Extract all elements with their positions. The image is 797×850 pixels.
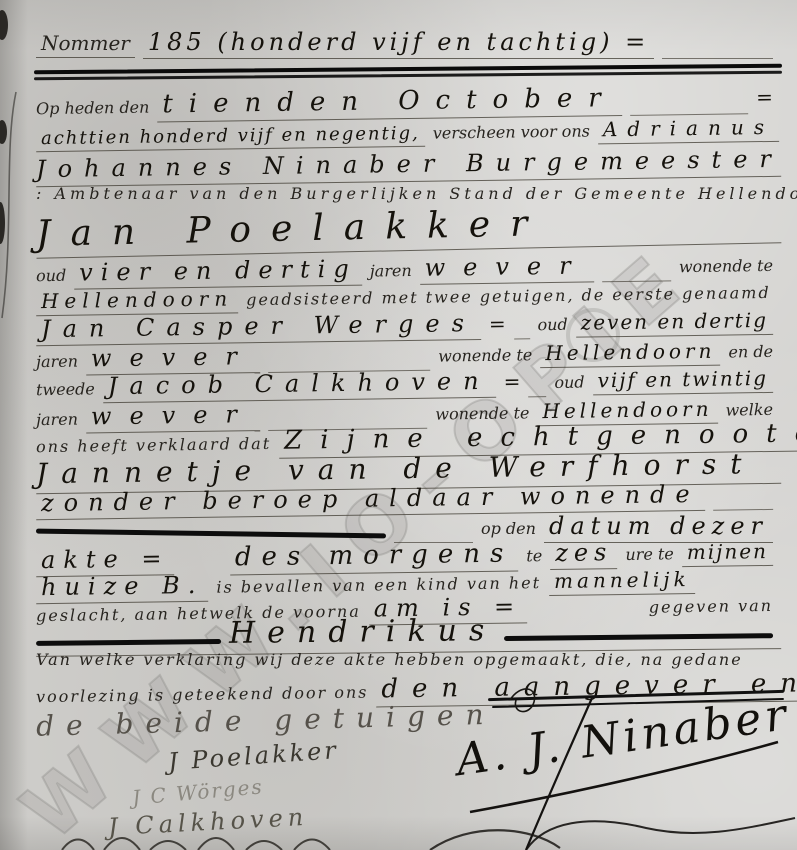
fixed-closing-1: Van welke verklaring wij deze akte hebbe… <box>36 650 743 669</box>
fixed-te: te <box>526 546 542 565</box>
ruling-line <box>713 505 773 511</box>
line-act-number: Nommer 185 (honderd vijf en tachtig) = <box>36 28 781 59</box>
equals-mark: = <box>756 85 773 109</box>
cut-off-signature-strokes <box>62 838 330 850</box>
thick-ink-rule <box>504 633 773 641</box>
field-official-firstname: Adrianus <box>598 115 780 145</box>
fixed-oud: oud <box>554 373 584 392</box>
fixed-welke: welke <box>725 400 773 420</box>
fixed-wonende-te: wonende te <box>438 345 532 365</box>
field-declarant-residence: Hellendoorn <box>36 286 238 316</box>
fixed-op-den: op den <box>481 519 536 538</box>
fixed-ure-te: ure te <box>625 544 674 564</box>
ink-blob <box>0 120 7 144</box>
field-witness2-age: vijf en twintig <box>592 366 773 396</box>
line-closing-1: Van welke verklaring wij deze akte hebbe… <box>36 650 781 669</box>
act-number-value: 185 (honderd vijf en tachtig) = <box>143 28 654 59</box>
fixed-oud: oud <box>537 315 567 334</box>
act-number-label: Nommer <box>36 31 135 58</box>
fixed-wonende-te: wonende te <box>435 403 529 423</box>
bottom-flourish <box>526 818 795 850</box>
line-official-name: Johannes Ninaber Burgemeester <box>36 145 781 187</box>
ruling-line <box>662 54 773 59</box>
field-declarant-occupation: wever <box>419 251 593 284</box>
fixed-oud: oud <box>36 266 66 285</box>
signature-declarant: J Poelakker <box>167 736 339 776</box>
cut-off-flourish <box>430 830 560 850</box>
fixed-tweede: tweede <box>36 379 95 399</box>
thick-ink-rule <box>36 529 386 539</box>
ink-blob <box>0 202 5 244</box>
signature-witness1: J C Wörges <box>131 774 264 809</box>
fixed-verklaard-dat: ons heeft verklaard dat <box>36 434 271 456</box>
field-witness1-age: zeven en dertig <box>576 308 774 338</box>
field-date-day-month: tienden October <box>157 83 622 122</box>
fixed-en-de: en de <box>728 342 773 362</box>
fixed-wonende-te: wonende te <box>679 256 773 276</box>
field-declarant-name: Jan Poelakker <box>36 203 548 255</box>
thick-ink-rule <box>36 639 221 646</box>
equals-mark: = <box>503 369 520 393</box>
fixed-jaren: jaren <box>36 410 78 430</box>
field-date-year: achttien honderd vijf en negentig, <box>36 123 425 152</box>
ink-blob <box>0 10 8 40</box>
fixed-op-heden-den: Op heden den <box>36 98 150 119</box>
fixed-verscheen-voor-ons: verscheen voor ons <box>433 121 590 142</box>
fixed-jaren: jaren <box>36 352 78 372</box>
field-child-name: Hendrikus <box>229 613 497 651</box>
document-scan: WWW.IO-OPIE Nommer 185 (honderd vijf en … <box>0 0 797 850</box>
fixed-jaren: jaren <box>370 261 412 281</box>
equals-mark: = <box>489 312 506 336</box>
